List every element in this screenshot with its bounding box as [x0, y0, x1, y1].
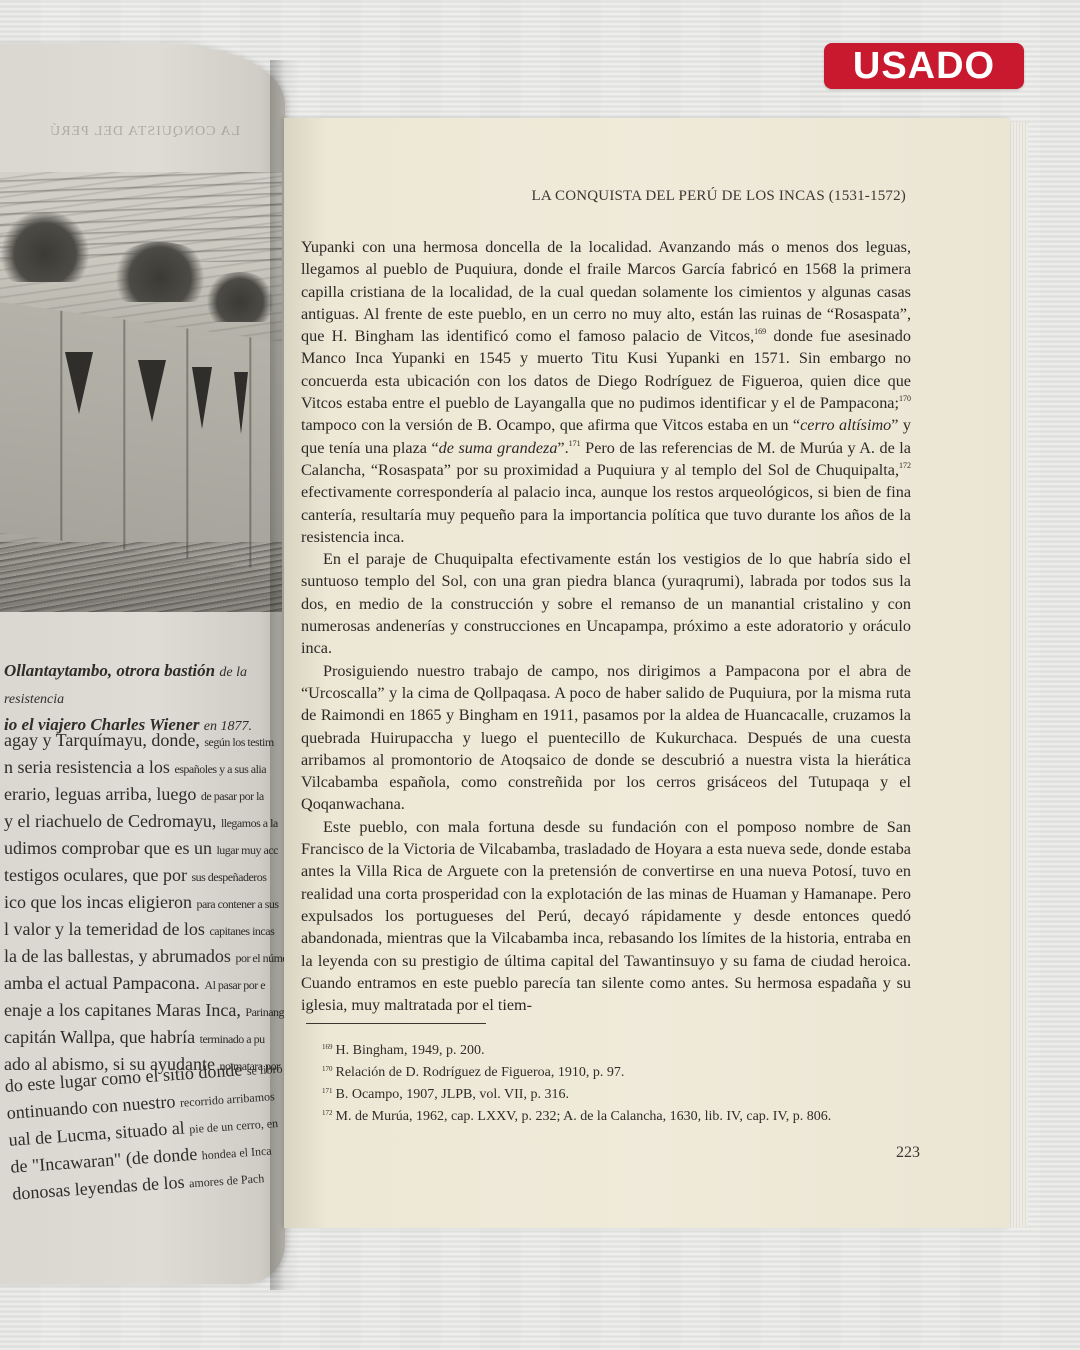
left-running-head-show-through: LA CONQUISTA DEL PERÚ	[0, 124, 240, 140]
text-line-compressed: recorrido arribamos	[179, 1089, 275, 1110]
engraving-niche	[192, 367, 212, 429]
italic-quote: de suma grandeza	[439, 439, 558, 457]
text-line: testigos oculares, que por sus despeñade…	[4, 863, 285, 890]
text-line-main: y el riachuelo de Cedromayu,	[4, 811, 221, 831]
text-line-compressed: Al pasar por e	[204, 978, 265, 992]
text-run: Este pueblo, con mala fortuna desde su f…	[301, 818, 911, 1014]
footnote-text: Relación de D. Rodríguez de Figueroa, 19…	[336, 1065, 625, 1080]
engraving-foliage	[0, 212, 90, 282]
text-line-compressed: lugar muy acc	[216, 843, 277, 857]
paragraph: Este pueblo, con mala fortuna desde su f…	[301, 816, 911, 1017]
page-edges	[1008, 122, 1028, 1228]
text-line-main: amba el actual Pampacona.	[4, 973, 204, 993]
footnote-text: H. Bingham, 1949, p. 200.	[336, 1043, 485, 1058]
right-page: LA CONQUISTA DEL PERÚ DE LOS INCAS (1531…	[284, 118, 1010, 1228]
engraving-niche	[138, 360, 166, 422]
text-line: y el riachuelo de Cedromayu, llegamos a …	[4, 809, 285, 836]
engraving-foliage	[205, 272, 275, 322]
text-line-compressed: sus despeñaderos	[191, 870, 266, 884]
left-page-body-text-lower: do este lugar como el sitio donde se lib…	[4, 1054, 285, 1209]
footnote: 171B. Ocampo, 1907, JLPB, vol. VII, p. 3…	[322, 1082, 922, 1104]
text-line-compressed: capitanes incas	[209, 924, 274, 938]
paragraph: En el paraje de Chuquipalta efectivament…	[301, 548, 911, 659]
left-page: LA CONQUISTA DEL PERÚ Ollantaytambo, otr…	[0, 44, 285, 1284]
text-line: n seria resistencia a los españoles y a …	[4, 755, 285, 782]
paragraph: Yupanki con una hermosa doncella de la l…	[301, 236, 911, 548]
text-line-main: enaje a los capitanes Maras Inca,	[4, 1000, 245, 1020]
footnote-ref: 171	[569, 439, 581, 448]
text-line-compressed: hondea el Inca	[201, 1144, 272, 1163]
footnote-number: 170	[322, 1065, 333, 1073]
footnote-rule	[306, 1023, 486, 1024]
caption-line-1: Ollantaytambo, otrora bastión	[4, 661, 215, 680]
text-run: En el paraje de Chuquipalta efectivament…	[301, 550, 911, 657]
footnotes: 169H. Bingham, 1949, p. 200.170Relación …	[322, 1038, 922, 1126]
text-line: udimos comprobar que es un lugar muy acc	[4, 836, 285, 863]
footnote-text: M. de Murúa, 1962, cap. LXXV, p. 232; A.…	[336, 1109, 832, 1124]
page-body-text: Yupanki con una hermosa doncella de la l…	[301, 236, 911, 1016]
text-line: erario, leguas arriba, luego de pasar po…	[4, 782, 285, 809]
text-line-main: ico que los incas eligieron	[4, 892, 196, 912]
text-line: l valor y la temeridad de los capitanes …	[4, 917, 285, 944]
text-line-main: testigos oculares, que por	[4, 865, 191, 885]
italic-quote: cerro altísimo	[800, 416, 891, 434]
text-line-main: l valor y la temeridad de los	[4, 919, 209, 939]
text-line-compressed: terminado a pu	[200, 1032, 265, 1046]
text-line: amba el actual Pampacona. Al pasar por e	[4, 971, 285, 998]
text-run: Prosiguiendo nuestro trabajo de campo, n…	[301, 662, 911, 814]
text-run: tampoco con la versión de B. Ocampo, que…	[301, 416, 800, 434]
text-line-compressed: amores de Pach	[189, 1171, 265, 1190]
text-line-compressed: según los testim	[204, 735, 273, 749]
footnote-number: 172	[322, 1109, 333, 1117]
footnote-text: B. Ocampo, 1907, JLPB, vol. VII, p. 316.	[336, 1087, 569, 1102]
footnote-number: 169	[322, 1043, 333, 1051]
text-line: agay y Tarquímayu, donde, según los test…	[4, 728, 285, 755]
text-line-main: la de las ballestas, y abrumados	[4, 946, 235, 966]
footnote-ref: 169	[754, 327, 766, 336]
engraving-foliage	[110, 242, 210, 302]
text-run: efectivamente correspondería al palacio …	[301, 483, 911, 546]
text-line-compressed: de pasar por la	[201, 789, 264, 803]
footnote-number: 171	[322, 1087, 333, 1095]
engraving-stone-wall	[0, 302, 282, 572]
footnote-ref: 170	[899, 394, 911, 403]
engraving-ground	[0, 542, 282, 612]
text-line: ico que los incas eligieron para contene…	[4, 890, 285, 917]
engraving-niche	[65, 352, 93, 414]
engraving-niche	[234, 372, 248, 434]
text-line-main: udimos comprobar que es un	[4, 838, 216, 858]
page-number: 223	[896, 1144, 920, 1162]
text-line: la de las ballestas, y abrumados por el …	[4, 944, 285, 971]
text-line: capitán Wallpa, que habría terminado a p…	[4, 1025, 285, 1052]
text-line-main: agay y Tarquímayu, donde,	[4, 730, 204, 750]
text-line-main: erario, leguas arriba, luego	[4, 784, 201, 804]
footnote: 169H. Bingham, 1949, p. 200.	[322, 1038, 922, 1060]
footnote: 172M. de Murúa, 1962, cap. LXXV, p. 232;…	[322, 1104, 922, 1126]
figure-caption: Ollantaytambo, otrora bastión de la resi…	[4, 658, 285, 739]
text-line-main: capitán Wallpa, que habría	[4, 1027, 200, 1047]
text-line-compressed: para contener a sus	[196, 897, 278, 911]
text-line-main: n seria resistencia a los	[4, 757, 174, 777]
text-line: enaje a los capitanes Maras Inca, Parina…	[4, 998, 285, 1025]
text-run: ”.	[557, 439, 568, 457]
ollantaytambo-engraving	[0, 172, 282, 612]
text-line-compressed: pie de un cerro, en	[189, 1116, 279, 1136]
running-head: LA CONQUISTA DEL PERÚ DE LOS INCAS (1531…	[531, 188, 906, 205]
condition-badge: USADO	[824, 43, 1024, 89]
text-line-compressed: españoles y a sus alia	[174, 762, 266, 776]
paragraph: Prosiguiendo nuestro trabajo de campo, n…	[301, 660, 911, 816]
footnote-ref: 172	[899, 461, 911, 470]
left-page-body-text: agay y Tarquímayu, donde, según los test…	[4, 728, 285, 1079]
footnote: 170Relación de D. Rodríguez de Figueroa,…	[322, 1060, 922, 1082]
